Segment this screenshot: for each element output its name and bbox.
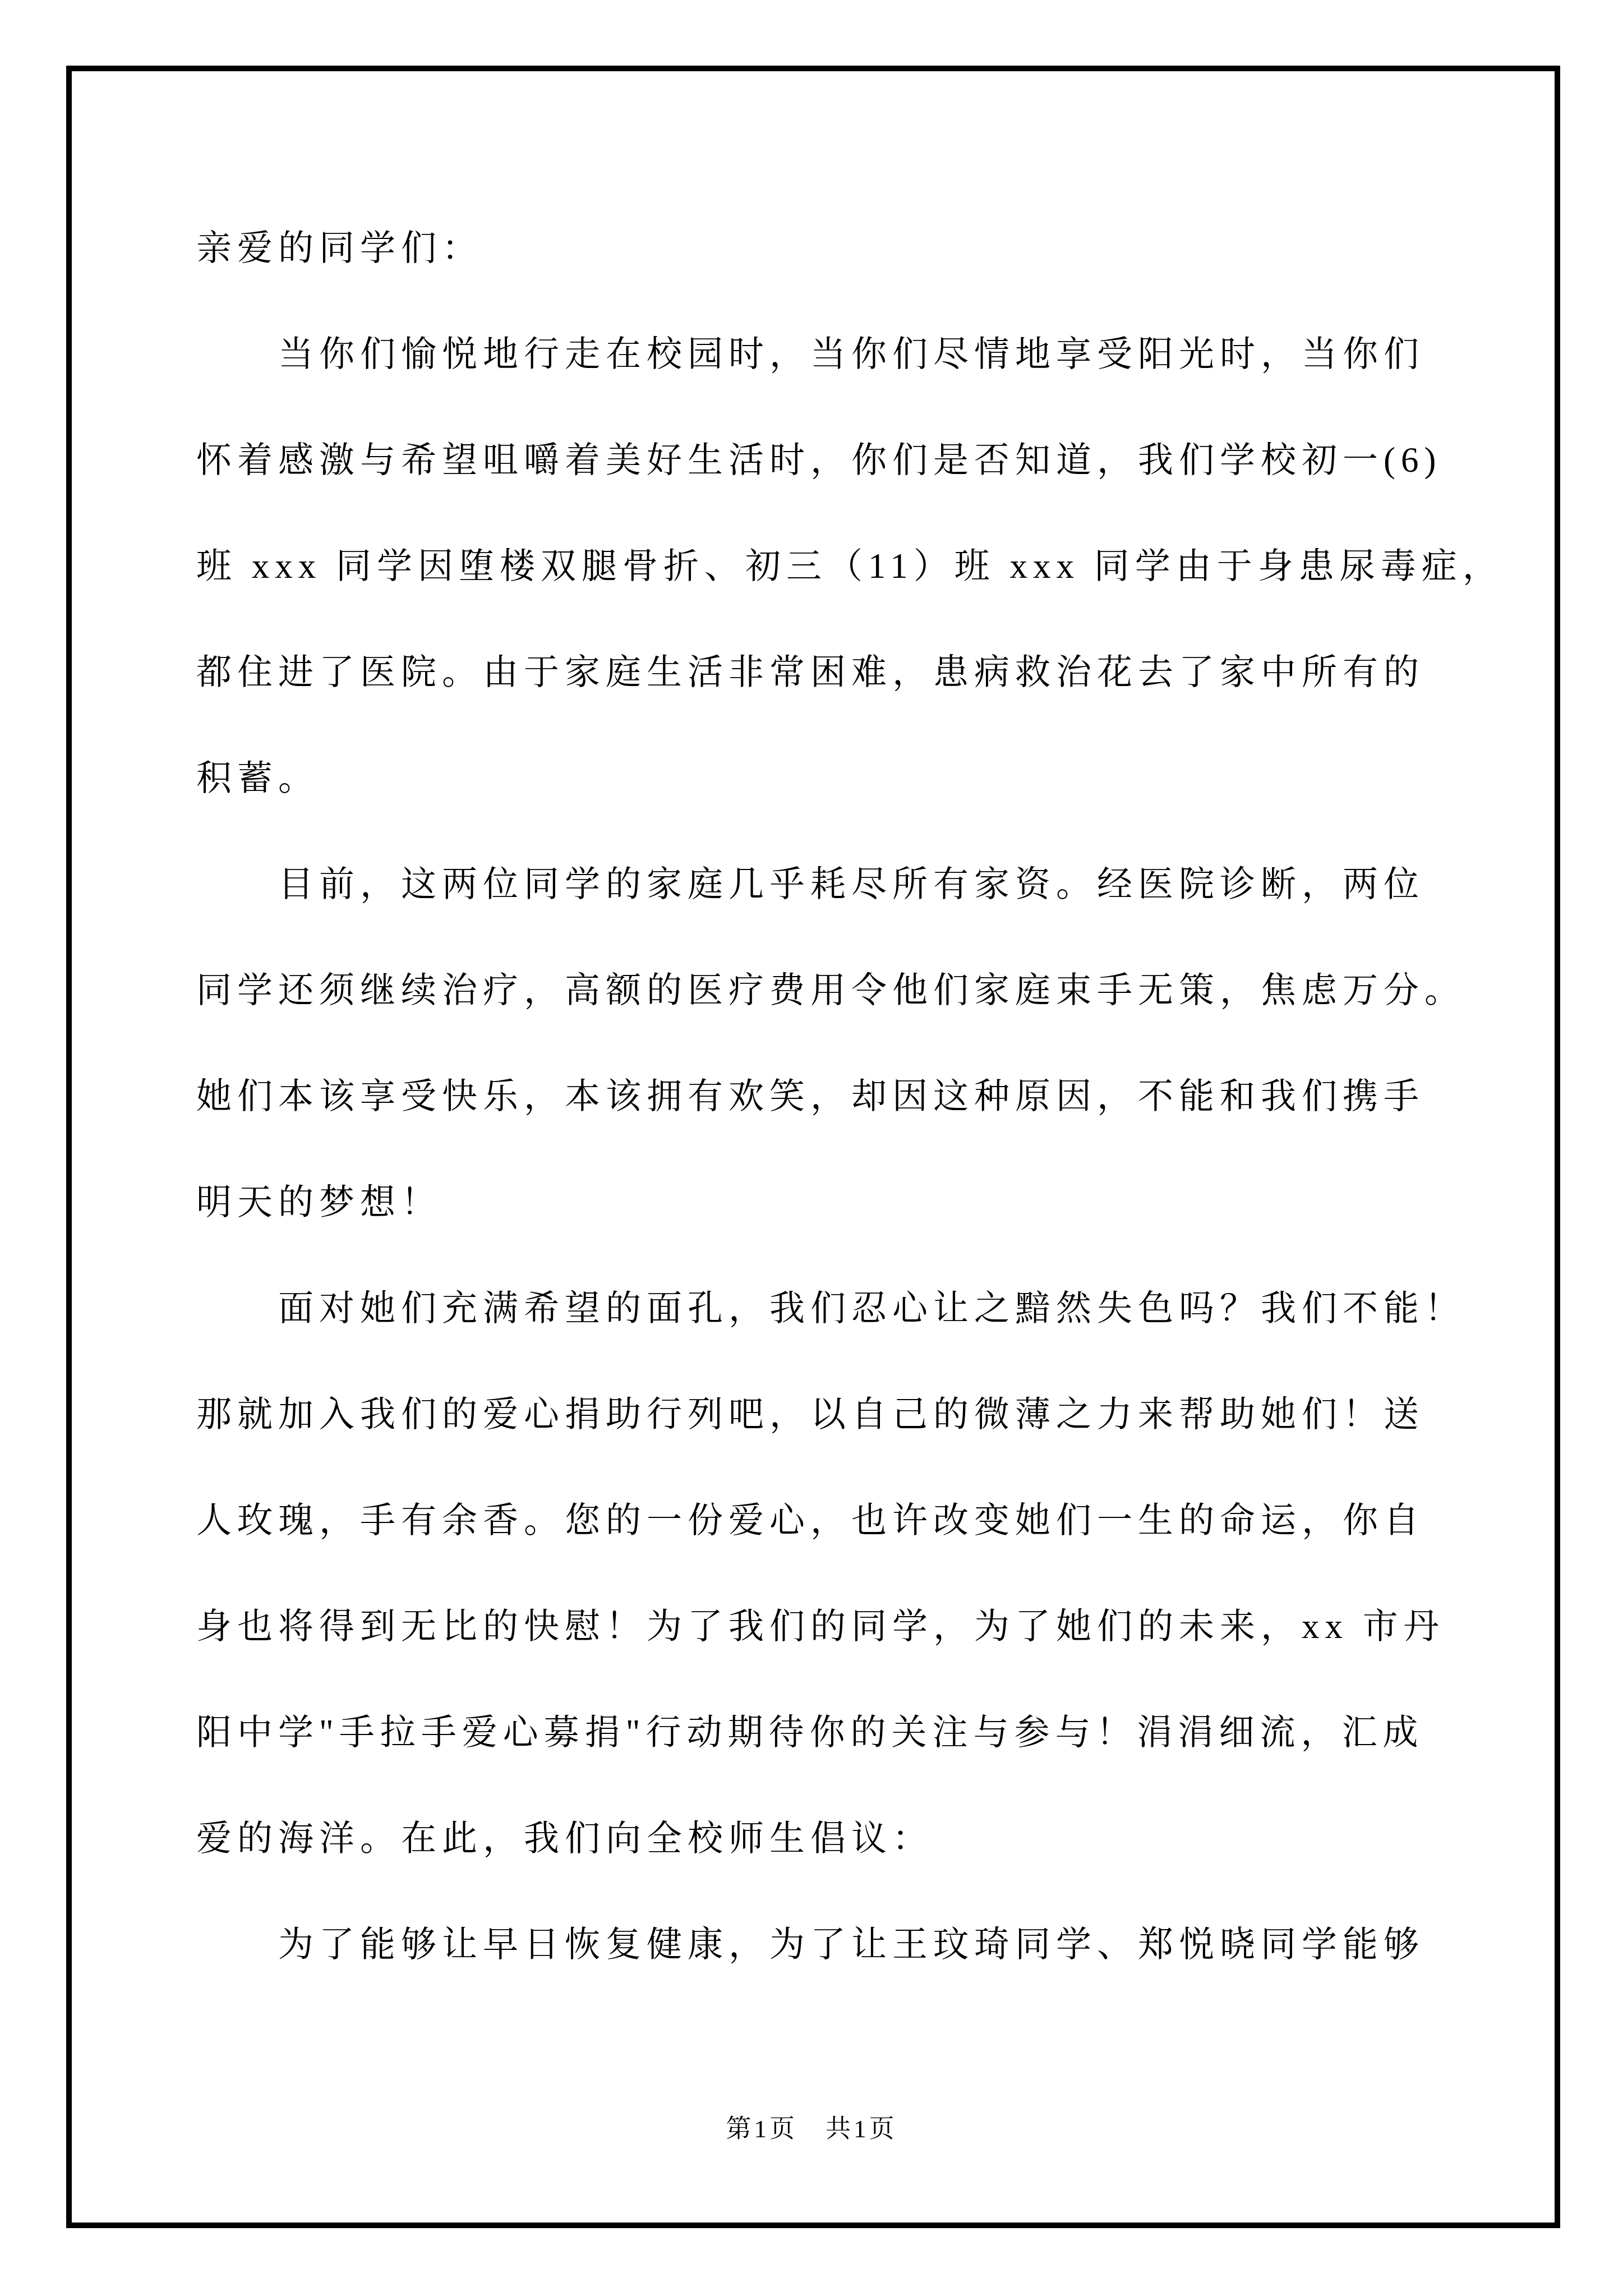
text-line: 面对她们充满希望的面孔，我们忍心让之黯然失色吗？我们不能！ xyxy=(196,1255,1436,1361)
text-line: 为了能够让早日恢复健康，为了让王玟琦同学、郑悦晓同学能够 xyxy=(196,1892,1436,1998)
body-text: 亲爱的同学们：当你们愉悦地行走在校园时，当你们尽情地享受阳光时，当你们怀着感激与… xyxy=(196,195,1436,1998)
text-line: 目前，这两位同学的家庭几乎耗尽所有家资。经医院诊断，两位 xyxy=(196,831,1436,937)
text-line: 同学还须继续治疗，高额的医疗费用令他们家庭束手无策，焦虑万分。 xyxy=(196,937,1436,1043)
page-number: 第1页 共1页 xyxy=(726,2115,897,2143)
text-line: 身也将得到无比的快慰！为了我们的同学，为了她们的未来，xx 市丹 xyxy=(196,1573,1436,1680)
text-line: 那就加入我们的爱心捐助行列吧，以自己的微薄之力来帮助她们！送 xyxy=(196,1361,1436,1467)
text-line: 她们本该享受快乐，本该拥有欢笑，却因这种原因，不能和我们携手 xyxy=(196,1043,1436,1149)
text-line: 明天的梦想！ xyxy=(196,1149,1436,1255)
text-line: 怀着感激与希望咀嚼着美好生活时，你们是否知道，我们学校初一(6) xyxy=(196,407,1436,513)
document-page: 亲爱的同学们：当你们愉悦地行走在校园时，当你们尽情地享受阳光时，当你们怀着感激与… xyxy=(0,0,1623,2296)
page-footer: 第1页 共1页 xyxy=(0,2110,1623,2147)
text-line: 都住进了医院。由于家庭生活非常困难，患病救治花去了家中所有的 xyxy=(196,619,1436,725)
text-line: 爱的海洋。在此，我们向全校师生倡议： xyxy=(196,1786,1436,1892)
text-line: 阳中学"手拉手爱心募捐"行动期待你的关注与参与！涓涓细流，汇成 xyxy=(196,1680,1436,1786)
text-line: 人玫瑰，手有余香。您的一份爱心，也许改变她们一生的命运，你自 xyxy=(196,1467,1436,1573)
text-line: 积蓄。 xyxy=(196,725,1436,831)
text-line: 班 xxx 同学因堕楼双腿骨折、初三（11）班 xxx 同学由于身患尿毒症， xyxy=(196,513,1436,619)
text-line: 亲爱的同学们： xyxy=(196,195,1436,301)
text-line: 当你们愉悦地行走在校园时，当你们尽情地享受阳光时，当你们 xyxy=(196,301,1436,407)
